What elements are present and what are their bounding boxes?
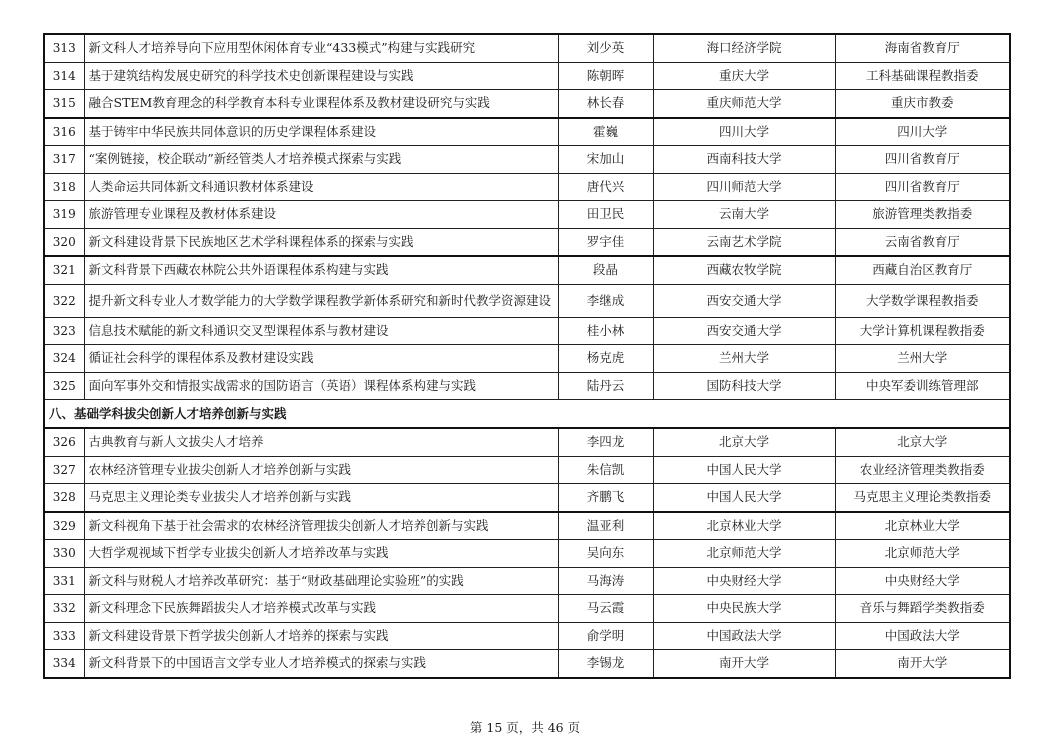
project-leader: 杨克虎: [558, 345, 653, 373]
recommending-unit: 南开大学: [835, 650, 1010, 678]
project-title: 新文科视角下基于社会需求的农林经济管理拔尖创新人才培养创新与实践: [84, 512, 558, 540]
row-number: 325: [44, 372, 84, 400]
row-number: 334: [44, 650, 84, 678]
project-leader: 陈朝晖: [558, 62, 653, 90]
row-number: 319: [44, 201, 84, 229]
recommending-unit: 兰州大学: [835, 345, 1010, 373]
project-leader: 宋加山: [558, 146, 653, 174]
recommending-unit: 马克思主义理论类教指委: [835, 484, 1010, 512]
table-row: 330 大哲学观视域下哲学专业拔尖创新人才培养改革与实践 吴向东 北京师范大学 …: [44, 540, 1010, 568]
table-row: 329 新文科视角下基于社会需求的农林经济管理拔尖创新人才培养创新与实践 温亚利…: [44, 512, 1010, 540]
project-leader: 吴向东: [558, 540, 653, 568]
page-number-footer: 第 15 页，共 46 页: [0, 718, 1050, 736]
table-row: 323 信息技术赋能的新文科通识交叉型课程体系与教材建设 桂小林 西安交通大学 …: [44, 317, 1010, 345]
table-row: 318 人类命运共同体新文科通识教材体系建设 唐代兴 四川师范大学 四川省教育厅: [44, 173, 1010, 201]
project-title: 基于建筑结构发展史研究的科学技术史创新课程建设与实践: [84, 62, 558, 90]
row-number: 313: [44, 34, 84, 62]
table-row: 333 新文科建设背景下哲学拔尖创新人才培养的探索与实践 俞学明 中国政法大学 …: [44, 622, 1010, 650]
school-name: 北京大学: [653, 428, 835, 456]
project-leader: 朱信凯: [558, 456, 653, 484]
recommending-unit: 重庆市教委: [835, 90, 1010, 118]
school-name: 海口经济学院: [653, 34, 835, 62]
table-row: 322 提升新文科专业人才数学能力的大学数学课程教学新体系研究和新时代教学资源建…: [44, 284, 1010, 317]
project-title: 信息技术赋能的新文科通识交叉型课程体系与教材建设: [84, 317, 558, 345]
table-row: 326 古典教育与新人文拔尖人才培养 李四龙 北京大学 北京大学: [44, 428, 1010, 456]
recommending-unit: 音乐与舞蹈学类教指委: [835, 595, 1010, 623]
project-leader: 齐鹏飞: [558, 484, 653, 512]
project-title: 循证社会科学的课程体系及教材建设实践: [84, 345, 558, 373]
school-name: 北京师范大学: [653, 540, 835, 568]
project-leader: 李四龙: [558, 428, 653, 456]
recommending-unit: 北京林业大学: [835, 512, 1010, 540]
table-row: 319 旅游管理专业课程及教材体系建设 田卫民 云南大学 旅游管理类教指委: [44, 201, 1010, 229]
project-leader: 田卫民: [558, 201, 653, 229]
recommending-unit: 四川省教育厅: [835, 146, 1010, 174]
table-row: 320 新文科建设背景下民族地区艺术学科课程体系的探索与实践 罗宇佳 云南艺术学…: [44, 228, 1010, 256]
recommending-unit: 中央财经大学: [835, 567, 1010, 595]
project-title: 古典教育与新人文拔尖人才培养: [84, 428, 558, 456]
school-name: 西南科技大学: [653, 146, 835, 174]
school-name: 中国政法大学: [653, 622, 835, 650]
project-title: 新文科人才培养导向下应用型休闲体育专业“433模式”构建与实践研究: [84, 34, 558, 62]
project-title: 大哲学观视域下哲学专业拔尖创新人才培养改革与实践: [84, 540, 558, 568]
row-number: 316: [44, 118, 84, 146]
project-title: 新文科理念下民族舞蹈拔尖人才培养模式改革与实践: [84, 595, 558, 623]
row-number: 323: [44, 317, 84, 345]
project-leader: 霍巍: [558, 118, 653, 146]
project-title: 基于铸牢中华民族共同体意识的历史学课程体系建设: [84, 118, 558, 146]
recommending-unit: 大学计算机课程教指委: [835, 317, 1010, 345]
row-number: 328: [44, 484, 84, 512]
recommending-unit: 西藏自治区教育厅: [835, 256, 1010, 284]
table-row: 313 新文科人才培养导向下应用型休闲体育专业“433模式”构建与实践研究 刘少…: [44, 34, 1010, 62]
project-title: 提升新文科专业人才数学能力的大学数学课程教学新体系研究和新时代教学资源建设: [84, 284, 558, 317]
project-leader: 俞学明: [558, 622, 653, 650]
project-title: 新文科背景下西藏农林院公共外语课程体系构建与实践: [84, 256, 558, 284]
school-name: 南开大学: [653, 650, 835, 678]
row-number: 329: [44, 512, 84, 540]
table-row: 316 基于铸牢中华民族共同体意识的历史学课程体系建设 霍巍 四川大学 四川大学: [44, 118, 1010, 146]
school-name: 中国人民大学: [653, 456, 835, 484]
project-title: 融合STEM教育理念的科学教育本科专业课程体系及教材建设研究与实践: [84, 90, 558, 118]
project-leader: 马海涛: [558, 567, 653, 595]
school-name: 国防科技大学: [653, 372, 835, 400]
table-row: 328 马克思主义理论类专业拔尖人才培养创新与实践 齐鹏飞 中国人民大学 马克思…: [44, 484, 1010, 512]
row-number: 326: [44, 428, 84, 456]
recommending-unit: 大学数学课程教指委: [835, 284, 1010, 317]
section-group: 八、基础学科拔尖创新人才培养创新与实践: [44, 400, 1010, 429]
recommending-unit: 云南省教育厅: [835, 228, 1010, 256]
recommending-unit: 北京大学: [835, 428, 1010, 456]
school-name: 四川师范大学: [653, 173, 835, 201]
school-name: 重庆大学: [653, 62, 835, 90]
table-body-before-section: 313 新文科人才培养导向下应用型休闲体育专业“433模式”构建与实践研究 刘少…: [44, 34, 1010, 400]
row-number: 322: [44, 284, 84, 317]
recommending-unit: 四川省教育厅: [835, 173, 1010, 201]
project-title: 新文科与财税人才培养改革研究：基于“财政基础理论实验班”的实践: [84, 567, 558, 595]
row-number: 317: [44, 146, 84, 174]
school-name: 四川大学: [653, 118, 835, 146]
recommending-unit: 中央军委训练管理部: [835, 372, 1010, 400]
section-heading-row: 八、基础学科拔尖创新人才培养创新与实践: [44, 400, 1010, 429]
recommending-unit: 中国政法大学: [835, 622, 1010, 650]
project-leader: 桂小林: [558, 317, 653, 345]
project-leader: 马云霞: [558, 595, 653, 623]
school-name: 云南艺术学院: [653, 228, 835, 256]
school-name: 北京林业大学: [653, 512, 835, 540]
project-leader: 段晶: [558, 256, 653, 284]
recommending-unit: 海南省教育厅: [835, 34, 1010, 62]
table-row: 334 新文科背景下的中国语言文学专业人才培养模式的探索与实践 李锡龙 南开大学…: [44, 650, 1010, 678]
recommending-unit: 农业经济管理类教指委: [835, 456, 1010, 484]
school-name: 西安交通大学: [653, 317, 835, 345]
table-row: 321 新文科背景下西藏农林院公共外语课程体系构建与实践 段晶 西藏农牧学院 西…: [44, 256, 1010, 284]
row-number: 324: [44, 345, 84, 373]
recommending-unit: 旅游管理类教指委: [835, 201, 1010, 229]
row-number: 321: [44, 256, 84, 284]
project-title: 新文科建设背景下哲学拔尖创新人才培养的探索与实践: [84, 622, 558, 650]
project-leader: 李继成: [558, 284, 653, 317]
project-title: “案例链接，校企联动”新经管类人才培养模式探索与实践: [84, 146, 558, 174]
project-leader: 唐代兴: [558, 173, 653, 201]
project-leader: 林长春: [558, 90, 653, 118]
recommending-unit: 北京师范大学: [835, 540, 1010, 568]
row-number: 315: [44, 90, 84, 118]
row-number: 327: [44, 456, 84, 484]
table-body-after-section: 326 古典教育与新人文拔尖人才培养 李四龙 北京大学 北京大学 327 农林经…: [44, 428, 1010, 678]
project-title: 马克思主义理论类专业拔尖人才培养创新与实践: [84, 484, 558, 512]
row-number: 332: [44, 595, 84, 623]
table-row: 331 新文科与财税人才培养改革研究：基于“财政基础理论实验班”的实践 马海涛 …: [44, 567, 1010, 595]
row-number: 318: [44, 173, 84, 201]
project-title: 新文科建设背景下民族地区艺术学科课程体系的探索与实践: [84, 228, 558, 256]
school-name: 重庆师范大学: [653, 90, 835, 118]
project-leader: 李锡龙: [558, 650, 653, 678]
project-title: 面向军事外交和情报实战需求的国防语言（英语）课程体系构建与实践: [84, 372, 558, 400]
table-row: 314 基于建筑结构发展史研究的科学技术史创新课程建设与实践 陈朝晖 重庆大学 …: [44, 62, 1010, 90]
section-heading: 八、基础学科拔尖创新人才培养创新与实践: [44, 400, 1010, 429]
recommending-unit: 四川大学: [835, 118, 1010, 146]
row-number: 330: [44, 540, 84, 568]
school-name: 西安交通大学: [653, 284, 835, 317]
school-name: 中国人民大学: [653, 484, 835, 512]
table-row: 324 循证社会科学的课程体系及教材建设实践 杨克虎 兰州大学 兰州大学: [44, 345, 1010, 373]
project-leader: 刘少英: [558, 34, 653, 62]
project-leader: 陆丹云: [558, 372, 653, 400]
row-number: 314: [44, 62, 84, 90]
table-row: 317 “案例链接，校企联动”新经管类人才培养模式探索与实践 宋加山 西南科技大…: [44, 146, 1010, 174]
table-row: 332 新文科理念下民族舞蹈拔尖人才培养模式改革与实践 马云霞 中央民族大学 音…: [44, 595, 1010, 623]
recommending-unit: 工科基础课程教指委: [835, 62, 1010, 90]
school-name: 云南大学: [653, 201, 835, 229]
row-number: 320: [44, 228, 84, 256]
school-name: 中央民族大学: [653, 595, 835, 623]
table-row: 327 农林经济管理专业拔尖创新人才培养创新与实践 朱信凯 中国人民大学 农业经…: [44, 456, 1010, 484]
table-row: 325 面向军事外交和情报实战需求的国防语言（英语）课程体系构建与实践 陆丹云 …: [44, 372, 1010, 400]
school-name: 西藏农牧学院: [653, 256, 835, 284]
school-name: 兰州大学: [653, 345, 835, 373]
project-title: 新文科背景下的中国语言文学专业人才培养模式的探索与实践: [84, 650, 558, 678]
project-list-table: 313 新文科人才培养导向下应用型休闲体育专业“433模式”构建与实践研究 刘少…: [43, 33, 1011, 679]
row-number: 331: [44, 567, 84, 595]
table-row: 315 融合STEM教育理念的科学教育本科专业课程体系及教材建设研究与实践 林长…: [44, 90, 1010, 118]
project-leader: 温亚利: [558, 512, 653, 540]
project-title: 旅游管理专业课程及教材体系建设: [84, 201, 558, 229]
school-name: 中央财经大学: [653, 567, 835, 595]
project-title: 人类命运共同体新文科通识教材体系建设: [84, 173, 558, 201]
project-title: 农林经济管理专业拔尖创新人才培养创新与实践: [84, 456, 558, 484]
row-number: 333: [44, 622, 84, 650]
project-leader: 罗宇佳: [558, 228, 653, 256]
